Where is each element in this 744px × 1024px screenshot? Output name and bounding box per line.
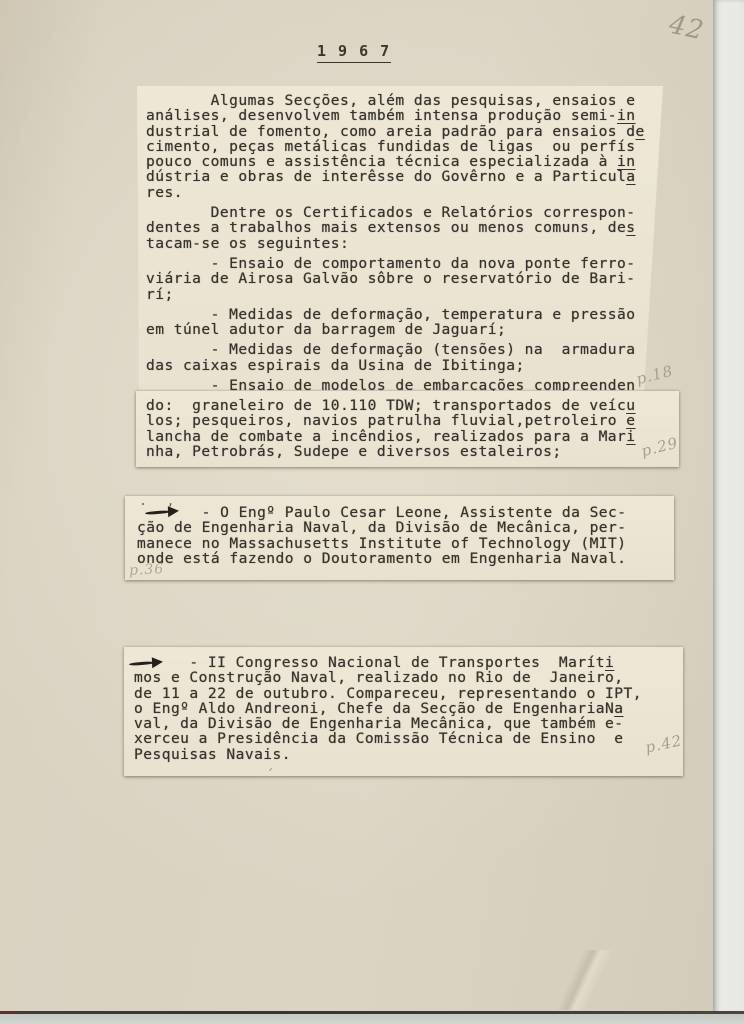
cutoff-characters: . , ´ . — [192, 768, 321, 775]
clipping-4: . , ´ . - II Congresso Nacional de Trans… — [124, 647, 683, 776]
clipping-1: Algumas Secções, além das pesquisas, ens… — [137, 86, 663, 399]
typed-paragraph: - Medidas de deformação, temperatura e p… — [146, 307, 663, 338]
typed-paragraph: - Medidas de deformação (tensões) na arm… — [146, 342, 663, 373]
paper-crease — [470, 950, 690, 1010]
pencil-page-ref-36: p.36 — [129, 561, 165, 579]
arrow-shaft — [145, 510, 170, 514]
arrow-head — [152, 657, 163, 668]
typed-paragraph: Dentre os Certificados e Relatórios corr… — [146, 205, 663, 251]
clipping-3: . , - O Engº Paulo Cesar Leone, Assisten… — [125, 496, 674, 580]
typed-paragraph: - O Engº Paulo Cesar Leone, Assistente d… — [137, 505, 674, 566]
arrow-head — [168, 506, 179, 517]
typed-paragraph: - II Congresso Nacional de Transportes M… — [134, 655, 683, 762]
hand-drawn-arrow-icon — [129, 657, 163, 669]
typed-paragraph: do: graneleiro de 10.110 TDW; transporta… — [146, 398, 679, 459]
scanner-background — [713, 0, 744, 1014]
arrow-shaft — [129, 661, 154, 665]
scanner-bed-strip — [0, 1014, 744, 1024]
hand-drawn-arrow-icon — [145, 506, 179, 518]
typed-paragraph: - Ensaio de comportamento da nova ponte … — [146, 256, 663, 302]
scanned-document-page: 1 9 6 7 42 Algumas Secções, além das pes… — [0, 0, 744, 1024]
page-title: 1 9 6 7 — [317, 42, 391, 63]
typed-paragraph: Algumas Secções, além das pesquisas, ens… — [146, 93, 663, 200]
clipping-2: do: graneleiro de 10.110 TDW; transporta… — [136, 391, 679, 467]
handwritten-page-number: 42 — [666, 10, 707, 47]
